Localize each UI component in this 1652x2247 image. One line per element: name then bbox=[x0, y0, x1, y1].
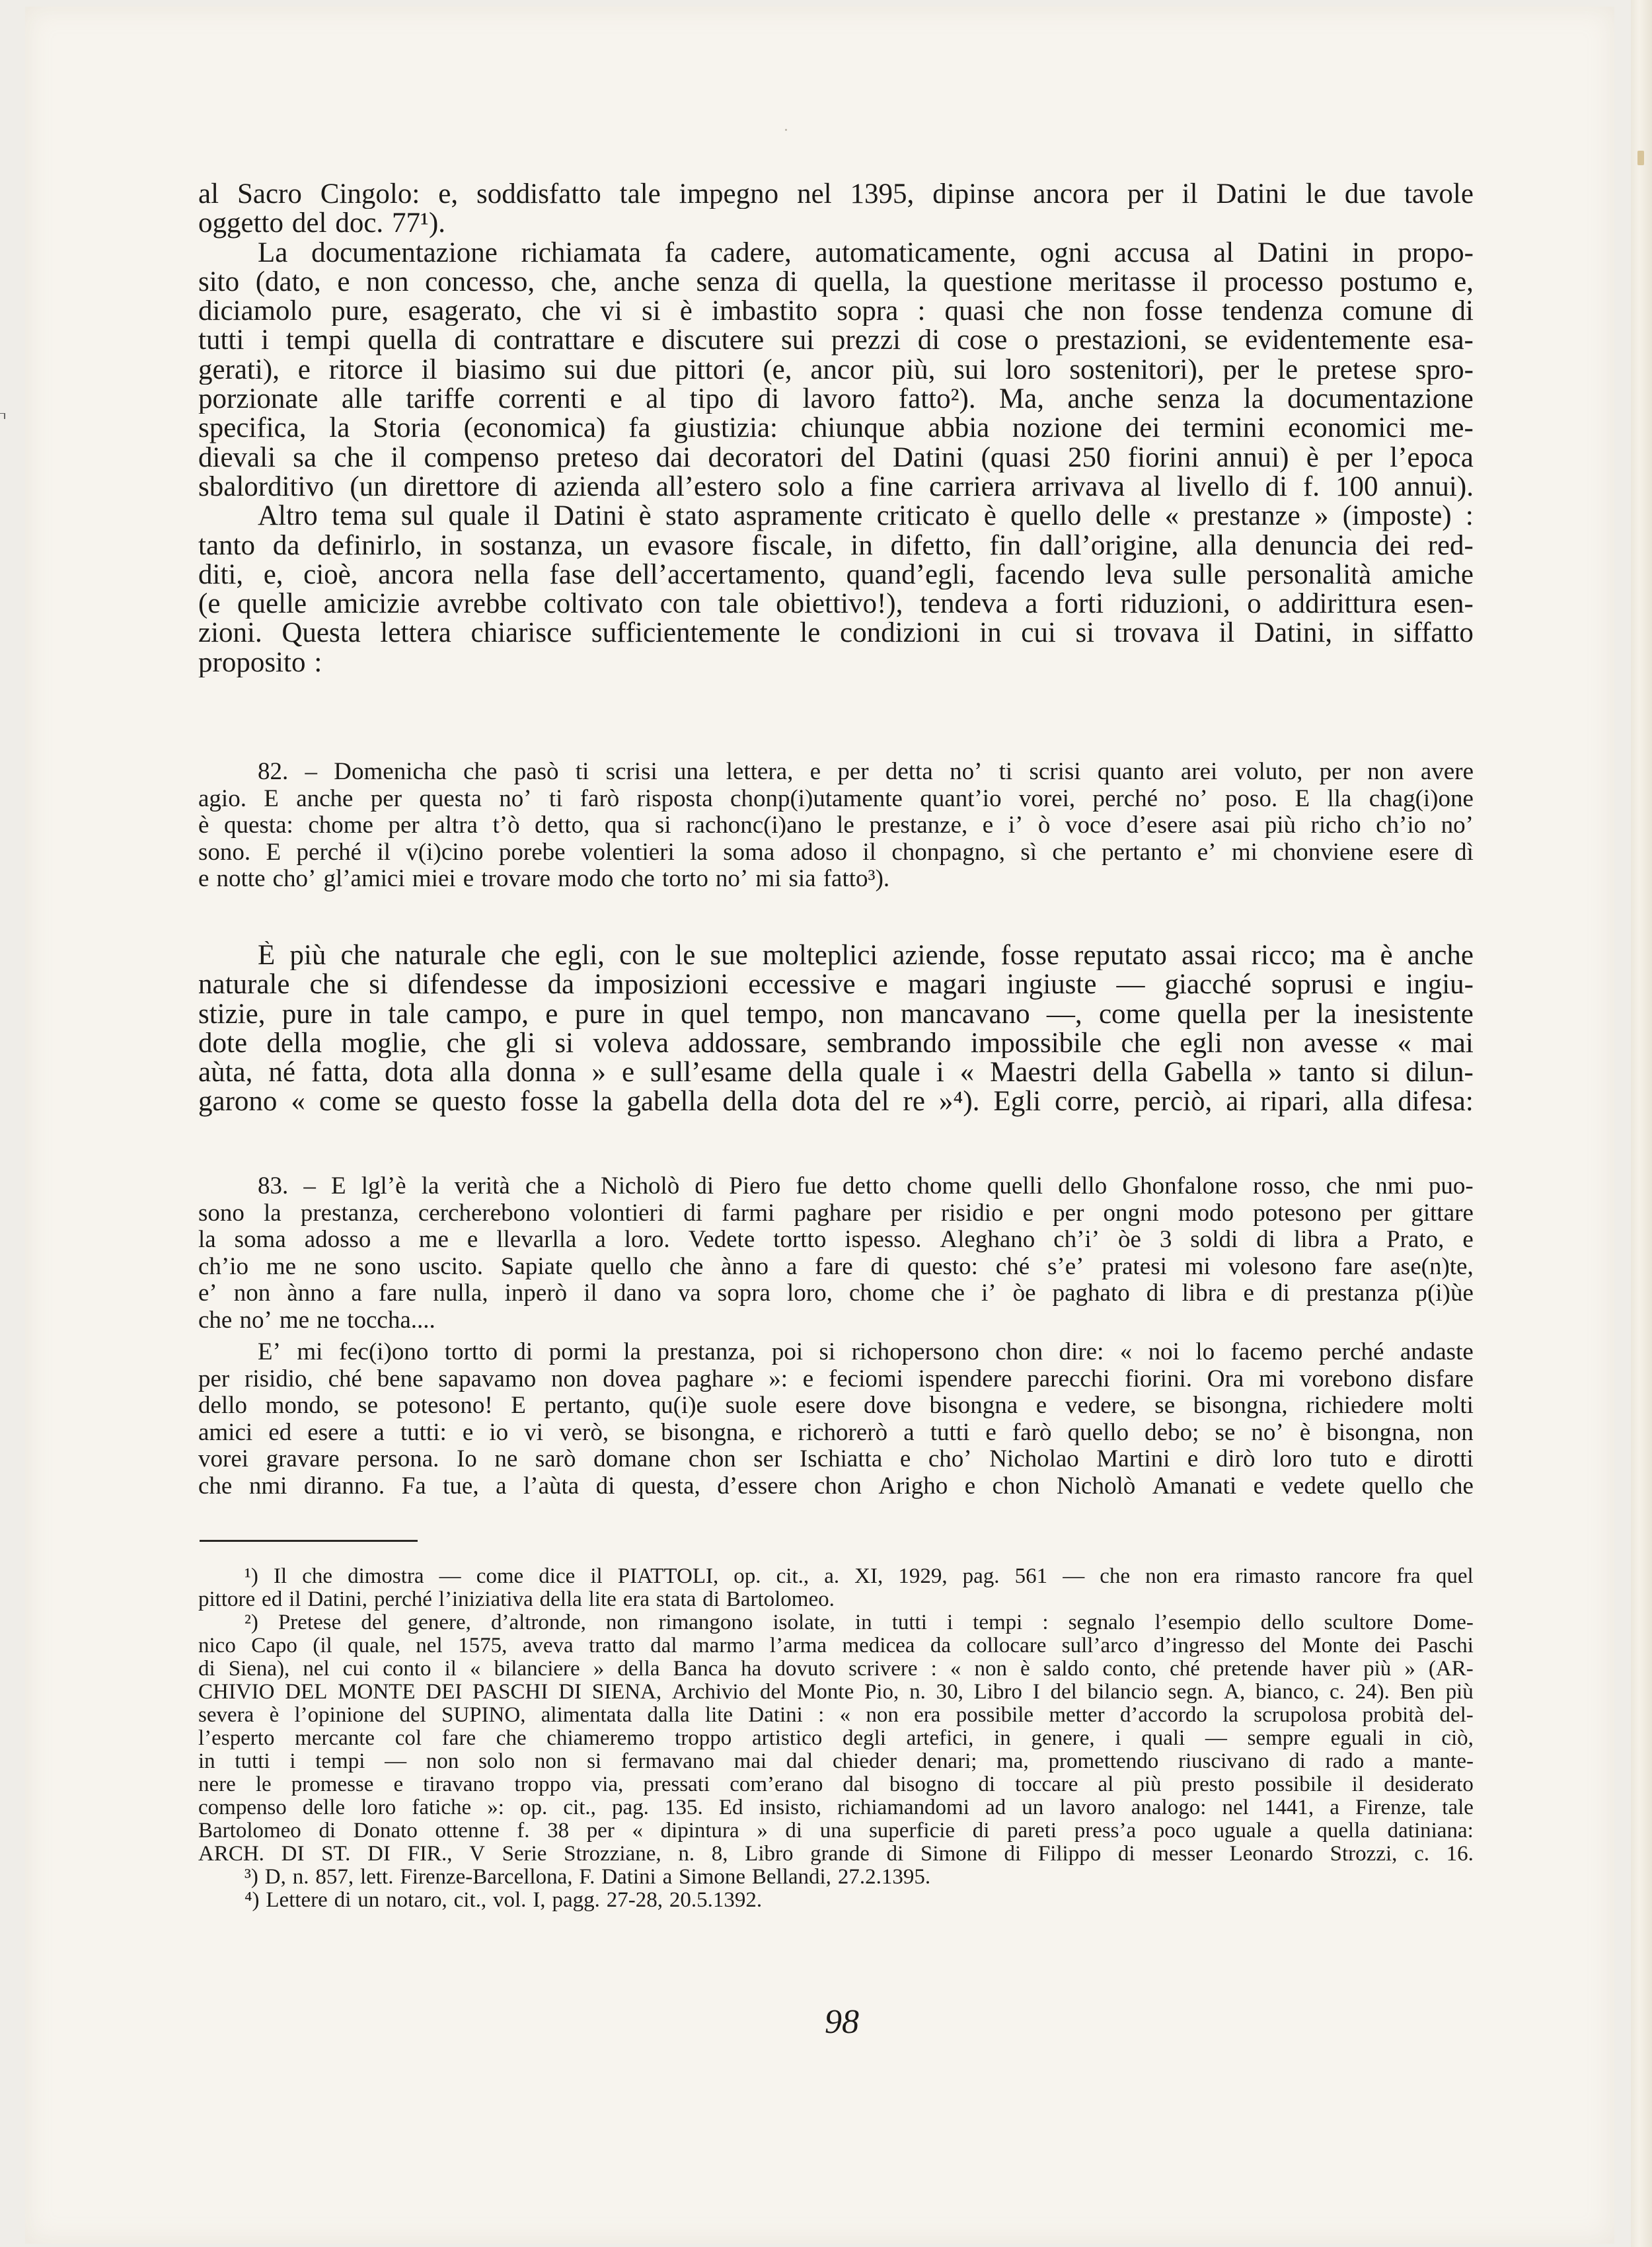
body-section-2: Èpiùchenaturalecheegli,conlesuemolteplic… bbox=[198, 941, 1474, 1117]
text-line: CHIVIODELMONTEDEIPASCHIDISIENA,Archiviod… bbox=[198, 1681, 1474, 1704]
text-line: sonolaprestanza,cercherebonovolontieridi… bbox=[198, 1200, 1474, 1227]
text-line: diti,e,cioè,ancoranellafasedell’accertam… bbox=[198, 560, 1474, 590]
text-line: sbalorditivo(undirettorediaziendaall’est… bbox=[198, 473, 1474, 502]
text-line: aùta,néfatta,dotaalladonna»esull’esamede… bbox=[198, 1058, 1474, 1087]
text-line: Èpiùchenaturalecheegli,conlesuemolteplic… bbox=[198, 941, 1474, 970]
text-line: dievalisacheilcompensopretesodaidecorato… bbox=[198, 443, 1474, 473]
text-line: èquesta:chomeperaltrat’òdetto,quasiracho… bbox=[198, 812, 1474, 839]
text-line: dotedellamoglie,cheglisivolevaaddossare,… bbox=[198, 1029, 1474, 1058]
text-line: ARCH.DIST.DIFIR.,VSerieStrozziane,n.8,Li… bbox=[198, 1843, 1474, 1866]
text-line: amiciedesereatutti:eioviverò,sebisongna,… bbox=[198, 1420, 1474, 1447]
text-line: oggettodeldoc.77¹). bbox=[198, 209, 1474, 238]
text-line: 83.–Elgl’èlaveritàcheaNicholòdiPierofued… bbox=[198, 1173, 1474, 1200]
text-line: dellomondo,sepotesono!Epertanto,qu(i)esu… bbox=[198, 1392, 1474, 1420]
page-edge bbox=[1631, 0, 1652, 2247]
text-line: enottecho’gl’amicimieietrovaremodochetor… bbox=[198, 866, 1474, 893]
text-line: cheno’menetoccha.... bbox=[198, 1307, 1474, 1334]
text-line: naturalechesidifendessedaimposizioniecce… bbox=[198, 970, 1474, 999]
text-line: specifica,laStoria(economica)fagiustizia… bbox=[198, 414, 1474, 443]
text-line: gerati),eritorceilbiasimosuiduepittori(e… bbox=[198, 356, 1474, 385]
footnotes: ¹)Ilchedimostra—comediceilPIATTOLI,op.ci… bbox=[198, 1565, 1474, 1912]
text-line: sito(dato,enonconcesso,che,anchesenzadiq… bbox=[198, 268, 1474, 297]
document-83-quote: 83.–Elgl’èlaveritàcheaNicholòdiPierofued… bbox=[198, 1173, 1474, 1500]
text-line: diciamolopure,esagerato,chevisièimbastit… bbox=[198, 297, 1474, 326]
text-line: e’nonànnoafarenulla,inperòildanovasopral… bbox=[198, 1280, 1474, 1307]
margin-mark bbox=[0, 413, 5, 419]
text-line: diSiena),nelcuicontoil«bilanciere»dellaB… bbox=[198, 1657, 1474, 1681]
text-line: tuttiitempiquelladicontrattareediscutere… bbox=[198, 326, 1474, 355]
text-line: 82.–Domenichachepasòtiscrisiunalettera,e… bbox=[198, 759, 1474, 786]
text-line: E’mifec(i)onotorttodipormilaprestanza,po… bbox=[198, 1339, 1474, 1366]
text-line: lasomaadossoameellevarllaaloro.Vedetetor… bbox=[198, 1227, 1474, 1254]
text-line: ²)Pretesedelgenere,d’altronde,nonrimango… bbox=[198, 1611, 1474, 1634]
text-line: alSacroCingolo:e,soddisfattotaleimpegnon… bbox=[198, 180, 1474, 209]
text-line: ⁴)Letterediunnotaro,cit.,vol.I,pagg.27-2… bbox=[198, 1889, 1474, 1912]
text-line: agio.Eancheperquestano’tifaròrispostacho… bbox=[198, 786, 1474, 813]
text-line: ¹)Ilchedimostra—comediceilPIATTOLI,op.ci… bbox=[198, 1565, 1474, 1588]
text-line: sono.Eperchéilv(i)cinoporebevolentierila… bbox=[198, 839, 1474, 866]
text-line: severaèl’opinionedelSUPINO,alimentatadal… bbox=[198, 1704, 1474, 1727]
text-line: Ladocumentazionerichiamatafacadere,autom… bbox=[198, 239, 1474, 268]
text-line: (equelleamicizieavrebbecoltivatocontaleo… bbox=[198, 590, 1474, 619]
text-line: perrisidio,chébenesapavamonondoveapaghar… bbox=[198, 1366, 1474, 1393]
text-line: l’espertomercantecolfarechechiameremotro… bbox=[198, 1727, 1474, 1750]
page-tab-mark bbox=[1637, 151, 1644, 165]
text-line: voreigravarepersona.Ionesaròdomanechonse… bbox=[198, 1446, 1474, 1473]
text-line: porzionatealletariffecorrentiealtipodila… bbox=[198, 385, 1474, 414]
text-line: AltrotemasulqualeilDatinièstatoasprament… bbox=[198, 502, 1474, 531]
text-line: compensodellelorofatiche»:op.cit.,pag.13… bbox=[198, 1796, 1474, 1819]
paper-speck bbox=[785, 129, 787, 131]
text-line: intuttiitempi—nonsolononsifermavanomaida… bbox=[198, 1750, 1474, 1773]
text-line: chenmidiranno.Fatue,al’aùtadiquesta,d’es… bbox=[198, 1473, 1474, 1500]
text-line: pittoreedilDatini,perchél’iniziativadell… bbox=[198, 1588, 1474, 1611]
text-line: BartolomeodiDonatoottennef.38per«dipintu… bbox=[198, 1819, 1474, 1843]
text-line: garono«comesequestofosselagabelladellado… bbox=[198, 1087, 1474, 1116]
text-line: tantodadefinirlo,insostanza,unevasorefis… bbox=[198, 531, 1474, 560]
text-line: proposito: bbox=[198, 648, 1474, 677]
text-line: stizie,pureintalecampo,epureinqueltempo,… bbox=[198, 1000, 1474, 1029]
text-line: zioni.Questaletterachiariscesufficientem… bbox=[198, 619, 1474, 648]
body-section-1: alSacroCingolo:e,soddisfattotaleimpegnon… bbox=[198, 180, 1474, 677]
text-line: ch’iomenesonouscito.Sapiatequellocheànno… bbox=[198, 1254, 1474, 1281]
footnote-rule bbox=[200, 1540, 418, 1542]
text-line: nerelepromesseetiravanotroppovia,pressat… bbox=[198, 1773, 1474, 1796]
document-82-quote: 82.–Domenichachepasòtiscrisiunalettera,e… bbox=[198, 759, 1474, 893]
text-line: nicoCapo(ilquale,nel1575,avevatrattodalm… bbox=[198, 1634, 1474, 1657]
page-number: 98 bbox=[825, 2002, 859, 2041]
text-line: ³)D,n.857,lett.Firenze-Barcellona,F.Dati… bbox=[198, 1866, 1474, 1889]
